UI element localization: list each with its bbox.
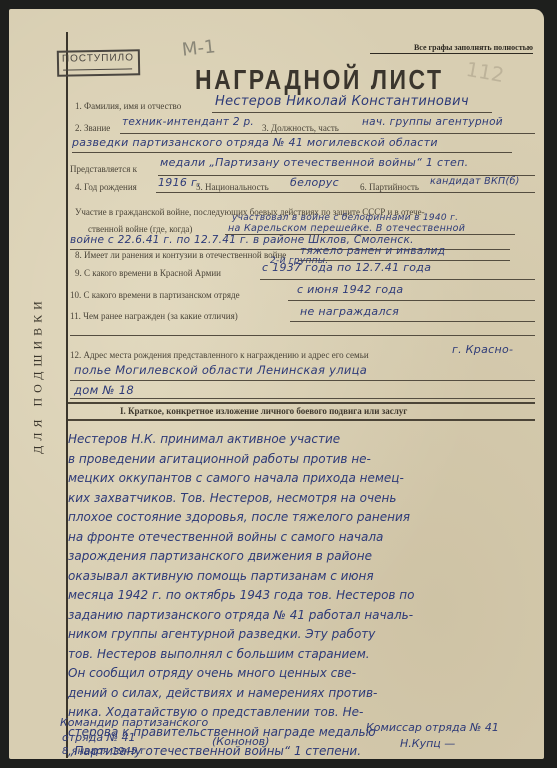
merit-line: мецких оккупантов с самого начала приход… [68,469,538,489]
signature-date: 8 января 1945 г. [62,746,149,757]
field-12-value-line3: дом № 18 [74,383,134,397]
field-7-value-above: участвовал в войне с белофиннами в 1940 … [232,213,458,223]
field-2-label: 2. Звание [75,123,110,133]
field-10-underline [288,300,535,301]
merit-line: месяца 1942 г. по октябрь 1943 года тов.… [68,586,538,606]
field-11-underline-2 [70,335,535,336]
merit-line: ких захватчиков. Тов. Нестеров, несмотря… [68,489,538,509]
section-rule-top [68,402,535,404]
represented-label: Представляется к [70,164,137,174]
merit-line: тов. Нестеров выполнял с большим старани… [68,645,538,665]
commander-signature: (Кононов) [212,735,269,748]
stamp-line [63,68,132,70]
commissar-title: Комиссар отряда № 41 [366,721,499,734]
field-12-value-line2: полье Могилевской области Ленинская улиц… [74,363,367,377]
commander-title-line1: Командир партизанского [60,716,208,729]
field-9-underline [260,279,535,280]
merit-line: оказывал активную помощь партизанам с ию… [68,567,538,587]
field-4-value: 1916 г. [158,176,201,189]
field-12-label: 12. Адрес места рождения представленного… [70,350,369,360]
section-rule-bottom [68,419,535,421]
merit-line: дений о силах, действиях и намерениях пр… [68,684,538,704]
field-10-label: 10. С какого времени в партизанском отря… [70,290,240,300]
field-2-3-underline [120,133,535,134]
section-heading: I. Краткое, конкретное изложение личного… [120,406,407,416]
field-9-value: с 1937 года по 12.7.41 года [262,261,431,274]
field-1-underline [212,112,492,113]
merit-line: ником группы агентурной разведки. Эту ра… [68,625,538,645]
field-12-underline [70,380,535,381]
field-3-value: нач. группы агентурной [362,116,503,128]
field-11-label: 11. Чем ранее награжден (за какие отличи… [70,311,238,321]
merit-line: на фронте отечественной войны с самого н… [68,528,538,548]
side-label-text: ДЛЯ ПОДШИВКИ [31,296,46,454]
field-3-underline-2 [72,152,512,153]
merit-line: Он сообщил отряду очень много ценных све… [68,664,538,684]
merit-line: заданию партизанского отряда № 41 работа… [68,606,538,626]
represented-value: медали „Партизану отечественной войны“ 1… [160,156,468,169]
field-12-value: г. Красно- [452,343,513,356]
field-5-value: белорус [290,176,339,189]
received-stamp: ПОСТУПИЛО [57,49,140,76]
field-3-value-cont: разведки партизанского отряда № 41 могил… [72,136,438,149]
merit-line: Нестеров Н.К. принимал активное участие [68,430,538,450]
field-8-label: 8. Имеет ли ранения и контузии в отечест… [75,250,286,260]
field-11-underline [290,321,535,322]
field-9-label: 9. С какого времени в Красной Армии [75,268,221,278]
field-6-value: кандидат ВКП(б) [430,176,520,187]
field-10-value: с июня 1942 года [297,283,403,296]
field-2-value: техник-интендант 2 р. [122,116,254,128]
field-12-underline-2 [70,398,535,399]
field-11-value: не награждался [300,305,399,318]
stamp-text: ПОСТУПИЛО [62,52,134,64]
binding-margin-label: ДЛЯ ПОДШИВКИ [28,300,48,450]
field-3-label: 3. Должность, часть [262,123,339,133]
field-7-value-line2: на Карельском перешейке. В отечественной [228,223,465,234]
merit-description: Нестеров Н.К. принимал активное участие … [68,430,538,762]
field-5-label: 5. Национальность [196,182,269,192]
fill-instructions: Все графы заполнять полностью [370,43,533,54]
merit-line: плохое состояние здоровья, после тяжелог… [68,508,538,528]
field-6-label: 6. Партийность [360,182,419,192]
commander-title-line2: отряда № 41 [62,731,136,744]
commissar-signature: Н.Купц — [400,737,455,750]
field-7-label-line2: ственной войне (где, когда) [88,224,192,234]
field-1-label: 1. Фамилия, имя и отчество [75,101,181,111]
archive-mark: М-1 [181,36,216,60]
field-4-6-underline [156,192,535,193]
field-4-label: 4. Год рождения [75,182,137,192]
field-1-value: Нестеров Николай Константинович [215,94,469,109]
merit-line: в проведении агитационной работы против … [68,450,538,470]
merit-line: зарождения партизанского движения в райо… [68,547,538,567]
document-title: НАГРАДНОЙ ЛИСТ [195,64,444,96]
